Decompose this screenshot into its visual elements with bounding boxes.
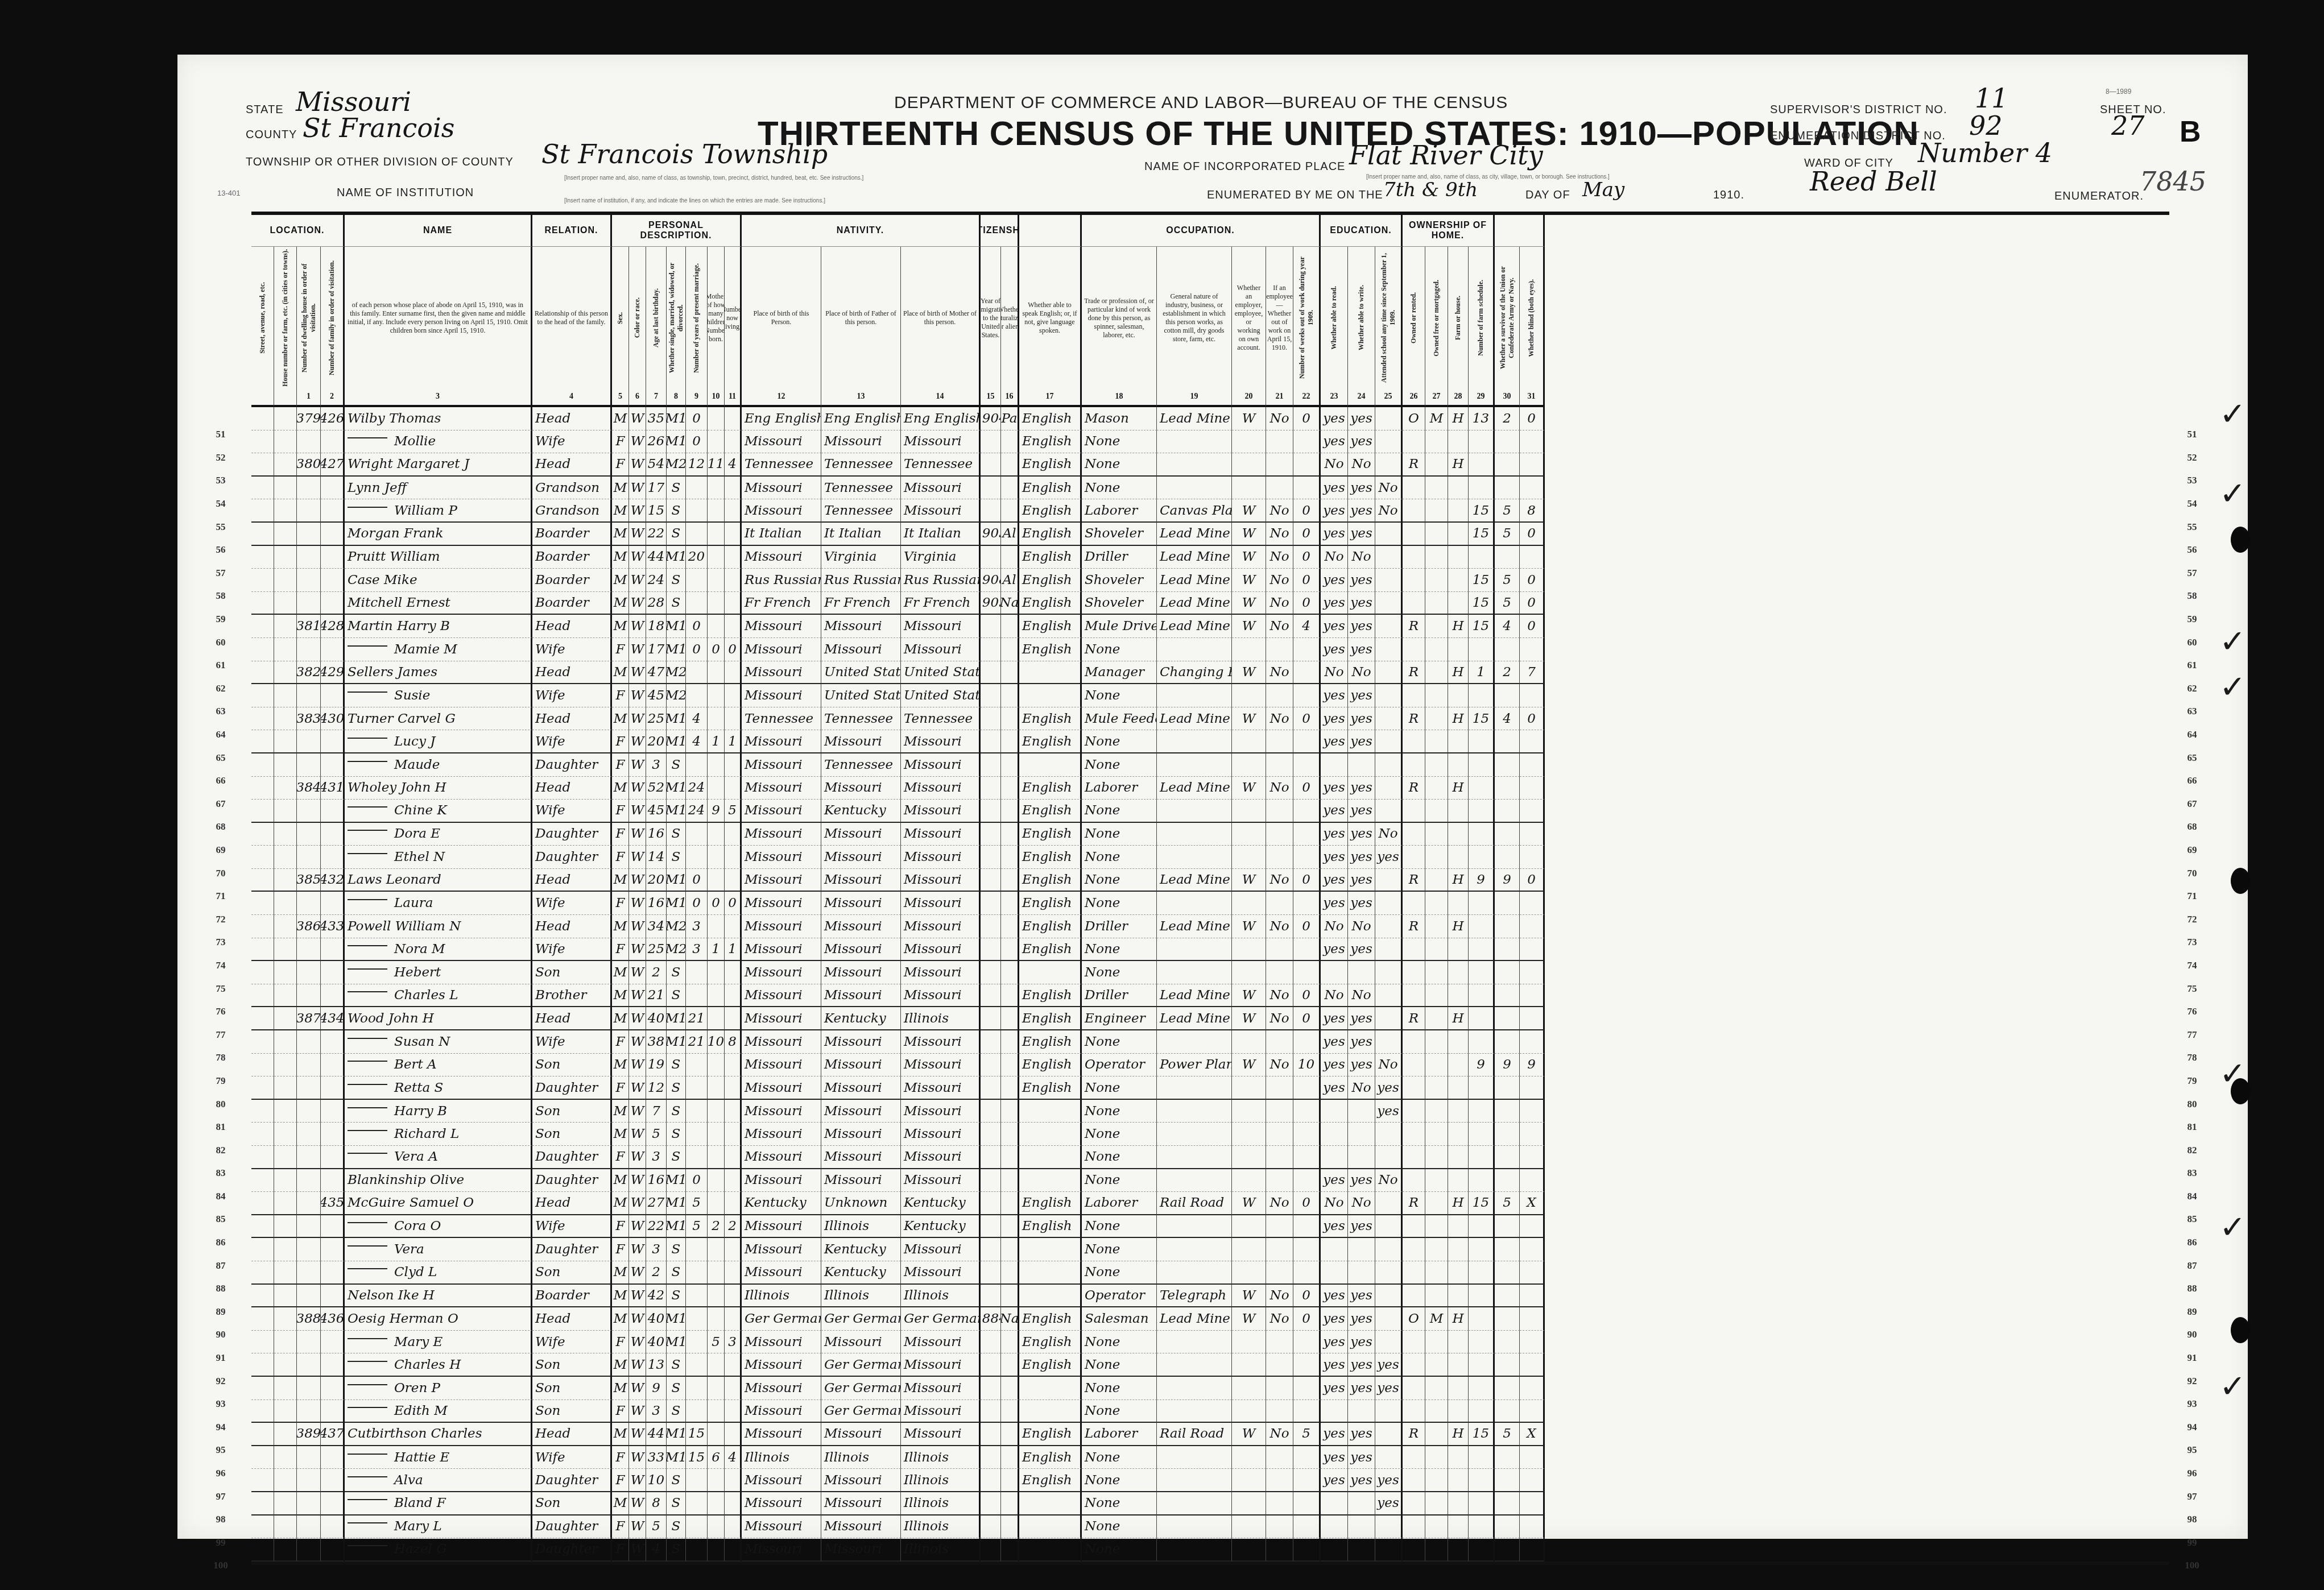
table-row[interactable]: Bert ASonMW19SMissouriMissouriMissouriEn… [251, 1054, 2169, 1077]
table-row[interactable]: LauraWifeFW16M1000MissouriMissouriMissou… [251, 892, 2169, 915]
cell-read [1321, 1400, 1348, 1423]
cell-emp [1232, 1377, 1266, 1400]
cell-value: No [1379, 503, 1398, 518]
line-number: 95 [204, 1439, 238, 1462]
cell-occ: Operator [1082, 1285, 1157, 1308]
cell-value: W [631, 1403, 644, 1418]
cell-c31 [1520, 915, 1545, 938]
cell-fam [321, 684, 345, 707]
table-row[interactable]: VeraDaughterFW3SMissouriKentuckyMissouri… [251, 1238, 2169, 1261]
cell-read: yes [1321, 1076, 1348, 1100]
cell-value: English [1022, 1357, 1072, 1372]
cell-read: yes [1321, 800, 1348, 823]
cell-occ: None [1082, 684, 1157, 707]
cell-wks [1293, 1331, 1321, 1354]
cell-ind [1157, 1331, 1232, 1354]
cell-value: 2 [1503, 665, 1511, 680]
table-row[interactable]: Charles HSonMW13SMissouriGer GermanMisso… [251, 1353, 2169, 1377]
table-row[interactable]: Edith MSonFW3SMissouriGer GermanMissouri… [251, 1400, 2169, 1423]
column-number: 1 [297, 389, 321, 407]
cell-eng: English [1019, 892, 1082, 915]
cell-value: Missouri [904, 988, 962, 1003]
cell-value: Missouri [745, 688, 803, 703]
cell-c30 [1495, 430, 1520, 454]
cell-born [708, 1169, 725, 1193]
cell-emp [1232, 1169, 1266, 1193]
cell-c31 [1520, 453, 1545, 477]
cell-ind: Lead Mine [1157, 915, 1232, 938]
cell-yrs: 20 [686, 546, 708, 569]
cell-value: Missouri [745, 481, 803, 495]
cell-nat [1001, 1261, 1019, 1285]
table-row[interactable]: AlvaDaughterFW10SMissouriMissouriIllinoi… [251, 1469, 2169, 1492]
cell-value: Illinois [904, 1011, 949, 1026]
column-header-text: Whether able to read. [1330, 286, 1338, 350]
cell-value: yes [1350, 1034, 1372, 1049]
line-number: 92 [204, 1369, 238, 1393]
cell-value: F [616, 1450, 625, 1465]
cell-value: English [1022, 780, 1072, 795]
cell-mort [1425, 1100, 1448, 1123]
cell-value: M [614, 919, 627, 934]
cell-sex: M [612, 1192, 629, 1215]
cell-ms: M1 [667, 1030, 686, 1054]
cell-value: 40 [648, 1011, 664, 1026]
cell-born [708, 707, 725, 731]
column-header-text: Trade or profession of, or particular ki… [1084, 297, 1154, 339]
cell-blank [274, 1285, 297, 1308]
table-row[interactable]: Richard LSonMW5SMissouriMissouriMissouri… [251, 1123, 2169, 1146]
cell-value: 0 [712, 896, 720, 910]
cell-own [1403, 1400, 1425, 1423]
cell-value: No [1352, 549, 1371, 564]
cell-sch: No [1375, 1054, 1403, 1077]
cell-value: Illinois [824, 1450, 869, 1465]
column-group-label: PERSONAL DESCRIPTION. [612, 215, 742, 247]
cell-sch [1375, 938, 1403, 962]
cell-pob: Missouri [742, 499, 821, 523]
cell-farm [1469, 638, 1495, 661]
cell-value: S [672, 1149, 681, 1164]
cell-ind [1157, 1377, 1232, 1400]
cell-emp [1232, 453, 1266, 477]
cell-born [708, 407, 725, 430]
cell-emp: W [1232, 569, 1266, 592]
cell-fh [1448, 1516, 1469, 1539]
cell-rel: Head [532, 777, 612, 800]
line-number: 89 [204, 1301, 238, 1324]
cell-wks [1293, 1123, 1321, 1146]
cell-value: 13 [648, 1357, 664, 1372]
cell-value: 385 [297, 872, 321, 887]
cell-blank [274, 1377, 297, 1400]
table-row[interactable]: 381428Martin Harry BHeadMW18M10MissouriM… [251, 615, 2169, 638]
cell-write: yes [1348, 615, 1375, 638]
cell-c30: 2 [1495, 661, 1520, 685]
cell-value: 40 [648, 1311, 664, 1326]
cell-yrs [686, 1285, 708, 1308]
cell-value: Fr French [745, 595, 811, 610]
cell-value: Daughter [535, 1542, 598, 1556]
table-row[interactable]: Retta SDaughterFW12SMissouriMissouriMiss… [251, 1076, 2169, 1100]
cell-mort [1425, 1123, 1448, 1146]
cell-ind [1157, 1215, 1232, 1239]
cell-ms: M1 [667, 638, 686, 661]
cell-living: 8 [725, 1030, 742, 1054]
table-row[interactable]: Mary LDaughterFW5SMissouriMissouriIllino… [251, 1516, 2169, 1539]
cell-sch [1375, 1030, 1403, 1054]
table-row[interactable]: Chine KWifeFW45M12495MissouriKentuckyMis… [251, 800, 2169, 823]
cell-farm: 13 [1469, 407, 1495, 430]
cell-value: yes [1350, 1219, 1372, 1233]
cell-name: Charles L [345, 984, 532, 1008]
table-row[interactable]: Nora MWifeFW25M2311MissouriMissouriMisso… [251, 938, 2169, 962]
table-row[interactable]: 386433Powell William NHeadMW34M23Missour… [251, 915, 2169, 938]
cell-age: 16 [646, 1169, 667, 1193]
cell-ind [1157, 938, 1232, 962]
cell-fpob: Illinois [821, 1446, 901, 1469]
table-row[interactable]: 384431Wholey John HHeadMW52M124MissouriM… [251, 777, 2169, 800]
cell-blank [251, 1100, 274, 1123]
line-number: 65 [2175, 746, 2209, 769]
cell-wks [1293, 1400, 1321, 1423]
cell-value: 0 [712, 642, 720, 657]
cell-value: M [1430, 1311, 1444, 1326]
cell-blank [251, 523, 274, 546]
cell-own: R [1403, 661, 1425, 685]
cell-race: W [629, 592, 646, 615]
cell-value: Missouri [745, 826, 803, 841]
table-row[interactable]: Pruitt WilliamBoarderMW44M120MissouriVir… [251, 546, 2169, 569]
cell-ms: S [667, 1076, 686, 1100]
cell-imm [981, 1423, 1001, 1446]
cell-value: 0 [1302, 503, 1310, 518]
cell-rel: Head [532, 1423, 612, 1446]
table-row[interactable]: 382429Sellers JamesHeadMW47M2MissouriUni… [251, 661, 2169, 685]
cell-value: Ger German [824, 1381, 901, 1396]
cell-c31 [1520, 638, 1545, 661]
cell-ind [1157, 1123, 1232, 1146]
cell-farm [1469, 777, 1495, 800]
cell-value: 5 [1503, 503, 1511, 518]
table-row[interactable]: Oren PSonMW9SMissouriGer GermanMissouriN… [251, 1377, 2169, 1400]
cell-born: 1 [708, 730, 725, 753]
cell-ms: M1 [667, 730, 686, 753]
cell-age: 40 [646, 1331, 667, 1354]
cell-read: yes [1321, 684, 1348, 707]
cell-value: 3 [692, 919, 701, 934]
cell-fpob: Missouri [821, 915, 901, 938]
ditto-mark [348, 507, 387, 508]
table-row[interactable]: 383430Turner Carvel GHeadMW25M14Tennesse… [251, 707, 2169, 731]
cell-imm [981, 1076, 1001, 1100]
cell-value: S [672, 1288, 681, 1303]
table-row[interactable]: 380427Wright Margaret JHeadFW54M212114Te… [251, 453, 2169, 477]
column-header: Whether single, married, widowed, or div… [667, 247, 686, 389]
line-number: 68 [204, 815, 238, 839]
table-row[interactable]: MaudeDaughterFW3SMissouriTennesseeMissou… [251, 753, 2169, 777]
cell-value: 4 [728, 457, 737, 471]
cell-value: Boarder [535, 526, 589, 541]
cell-value: Missouri [904, 1265, 962, 1280]
cell-race: W [629, 1400, 646, 1423]
cell-imm [981, 1516, 1001, 1539]
table-row[interactable]: 435McGuire Samuel OHeadMW27M15KentuckyUn… [251, 1192, 2169, 1215]
cell-value: Pa [1001, 411, 1017, 426]
cell-fam [321, 846, 345, 869]
table-row[interactable]: Hazel GDaughterFW4SMissouriMissouriIllin… [251, 1538, 2169, 1562]
table-row[interactable]: 379426Wilby ThomasHeadMW35M10Eng English… [251, 407, 2169, 430]
cell-oow: No [1266, 707, 1293, 731]
cell-value: 35 [648, 411, 664, 426]
cell-value: W [631, 1311, 644, 1326]
cell-race: W [629, 984, 646, 1008]
cell-oow [1266, 823, 1293, 846]
table-row[interactable]: HebertSonMW2SMissouriMissouriMissouriNon… [251, 961, 2169, 984]
cell-yrs: 5 [686, 1192, 708, 1215]
cell-wks [1293, 1030, 1321, 1054]
table-row[interactable]: MollieWifeFW26M10MissouriMissouriMissour… [251, 430, 2169, 454]
column-header-text: Number of family in order of visitation. [328, 260, 336, 375]
cell-mpob: Missouri [901, 1353, 981, 1377]
table-row[interactable]: Case MikeBoarderMW24SRus RussianRus Russ… [251, 569, 2169, 592]
cell-living [725, 984, 742, 1008]
cell-value: Head [535, 711, 570, 726]
cell-value: Missouri [904, 1104, 962, 1119]
cell-value: 0 [728, 642, 737, 657]
cell-rel: Head [532, 407, 612, 430]
cell-pob: Missouri [742, 1469, 821, 1492]
cell-wks: 4 [1293, 615, 1321, 638]
cell-value: S [672, 757, 681, 772]
cell-value: 15 [1473, 503, 1489, 518]
cell-nat [1001, 846, 1019, 869]
cell-fpob: Virginia [821, 546, 901, 569]
cell-c31 [1520, 1400, 1545, 1423]
cell-sex: F [612, 1076, 629, 1100]
cell-value: 21 [688, 1011, 705, 1026]
cell-wks [1293, 430, 1321, 454]
cell-pob: Missouri [742, 1146, 821, 1169]
cell-value: 9 [1527, 1057, 1536, 1072]
cell-living: 4 [725, 453, 742, 477]
table-row[interactable]: Lucy JWifeFW20M1411MissouriMissouriMisso… [251, 730, 2169, 753]
cell-dw [297, 1100, 321, 1123]
cell-name: Vera A [345, 1146, 532, 1169]
cell-sch [1375, 1123, 1403, 1146]
cell-mort [1425, 846, 1448, 869]
cell-c30 [1495, 1331, 1520, 1354]
cell-nat: Na [1001, 1307, 1019, 1331]
cell-ms: S [667, 1469, 686, 1492]
cell-race: W [629, 499, 646, 523]
cell-mpob: Missouri [901, 730, 981, 753]
cell-dw [297, 1123, 321, 1146]
cell-mort [1425, 592, 1448, 615]
cell-emp [1232, 1215, 1266, 1239]
cell-age: 22 [646, 523, 667, 546]
table-row[interactable]: Morgan FrankBoarderMW22SIt ItalianIt Ita… [251, 523, 2169, 546]
column-header: Whether a survivor of the Union or Confe… [1495, 247, 1520, 389]
table-row[interactable]: Clyd LSonMW2SMissouriKentuckyMissouriNon… [251, 1261, 2169, 1285]
table-row[interactable]: Mary EWifeFW40M153MissouriMissouriMissou… [251, 1331, 2169, 1354]
cell-value: Wife [535, 803, 565, 818]
table-row[interactable]: Vera ADaughterFW3SMissouriMissouriMissou… [251, 1146, 2169, 1169]
cell-fam [321, 1285, 345, 1308]
cell-rel: Son [532, 1261, 612, 1285]
cell-c30: 5 [1495, 523, 1520, 546]
table-row[interactable]: Mitchell ErnestBoarderMW28SFr FrenchFr F… [251, 592, 2169, 615]
cell-value: M [614, 1381, 627, 1396]
table-row[interactable]: 385432Laws LeonardHeadMW20M10MissouriMis… [251, 869, 2169, 892]
table-row[interactable]: Hattie EWifeFW33M11564IllinoisIllinoisIl… [251, 1446, 2169, 1469]
cell-value: 0 [1527, 526, 1536, 541]
line-number: 72 [204, 908, 238, 931]
cell-value: English [1022, 1195, 1072, 1210]
table-row[interactable]: Lynn JeffGrandsonMW17SMissouriTennesseeM… [251, 477, 2169, 500]
cell-wks [1293, 1215, 1321, 1239]
cell-value: Missouri [824, 1335, 882, 1349]
cell-blank [274, 1238, 297, 1261]
cell-read [1321, 1516, 1348, 1539]
table-row[interactable]: Mamie MWifeFW17M1000MissouriMissouriMiss… [251, 638, 2169, 661]
cell-value: 15 [1473, 573, 1489, 587]
cell-occ: None [1082, 938, 1157, 962]
cell-value: W [631, 1381, 644, 1396]
cell-read: yes [1321, 638, 1348, 661]
column-header-text: Whether able to write. [1357, 285, 1366, 350]
cell-nat [1001, 1285, 1019, 1308]
cell-value: 0 [692, 1173, 701, 1187]
table-row[interactable]: Bland FSonMW8SMissouriMissouriIllinoisNo… [251, 1492, 2169, 1516]
incorporated-place-value: Flat River City [1349, 140, 1543, 171]
cell-value: Missouri [904, 481, 962, 495]
table-row[interactable]: Cora OWifeFW22M1522MissouriIllinoisKentu… [251, 1215, 2169, 1239]
cell-fpob: Missouri [821, 1516, 901, 1539]
cell-sch: yes [1375, 1377, 1403, 1400]
cell-c31 [1520, 846, 1545, 869]
line-number: 83 [204, 1162, 238, 1185]
table-row[interactable]: Harry BSonMW7SMissouriMissouriMissouriNo… [251, 1100, 2169, 1123]
cell-value: Al [1003, 573, 1016, 587]
cell-value: 3 [652, 757, 660, 772]
cell-sex: M [612, 984, 629, 1008]
line-number: 59 [204, 608, 238, 631]
cell-fh [1448, 823, 1469, 846]
cell-c30 [1495, 1469, 1520, 1492]
cell-value: 22 [648, 1219, 664, 1233]
cell-value: Missouri [904, 919, 962, 934]
cell-mort [1425, 684, 1448, 707]
cell-yrs: 0 [686, 892, 708, 915]
cell-value: Driller [1085, 549, 1128, 564]
cell-eng [1019, 961, 1082, 984]
cell-value: Son [535, 1265, 560, 1280]
cell-imm [981, 1492, 1001, 1516]
cell-yrs: 4 [686, 707, 708, 731]
cell-read [1321, 961, 1348, 984]
cell-own [1403, 984, 1425, 1008]
cell-read: yes [1321, 1353, 1348, 1377]
cell-emp [1232, 846, 1266, 869]
cell-age: 28 [646, 592, 667, 615]
cell-value: 44 [648, 1426, 664, 1441]
cell-name: Oesig Herman O [345, 1307, 532, 1331]
cell-dw [297, 499, 321, 523]
cell-pob: Missouri [742, 1423, 821, 1446]
cell-write: yes [1348, 1215, 1375, 1239]
cell-value: English [1022, 503, 1072, 518]
cell-value: Rus Russian [745, 573, 821, 587]
table-row[interactable]: Nelson Ike HBoarderMW42SIllinoisIllinois… [251, 1285, 2169, 1308]
cell-fam [321, 1030, 345, 1054]
cell-born [708, 1100, 725, 1123]
table-row[interactable]: Dora EDaughterFW16SMissouriMissouriMisso… [251, 823, 2169, 846]
cell-oow [1266, 1331, 1293, 1354]
cell-own: O [1403, 407, 1425, 430]
cell-imm [981, 546, 1001, 569]
cell-age: 40 [646, 1007, 667, 1030]
column-header-text: Age at last birthday. [652, 288, 660, 347]
cell-value: W [631, 642, 644, 657]
cell-value: W [631, 988, 644, 1003]
cell-value: None [1085, 1127, 1120, 1141]
table-row[interactable]: Charles LBrotherMW21SMissouriMissouriMis… [251, 984, 2169, 1008]
table-row[interactable]: 389437Cutbirthson CharlesHeadMW44M115Mis… [251, 1423, 2169, 1446]
cell-emp [1232, 1030, 1266, 1054]
column-group-label: NAME [345, 215, 532, 247]
line-number: 63 [2175, 700, 2209, 723]
cell-nat [1001, 1516, 1019, 1539]
cell-rel: Wife [532, 730, 612, 753]
cell-eng: English [1019, 1076, 1082, 1100]
cell-born [708, 1377, 725, 1400]
cell-c31: 0 [1520, 615, 1545, 638]
cell-blank [251, 892, 274, 915]
cell-yrs [686, 477, 708, 500]
cell-dw: 387 [297, 1007, 321, 1030]
cell-living: 4 [725, 1446, 742, 1469]
cell-own [1403, 1238, 1425, 1261]
table-row[interactable]: Ethel NDaughterFW14SMissouriMissouriMiss… [251, 846, 2169, 869]
cell-race: W [629, 1238, 646, 1261]
cell-fh [1448, 1169, 1469, 1193]
table-row[interactable]: 388436Oesig Herman OHeadMW40M1Ger German… [251, 1307, 2169, 1331]
table-row[interactable]: 387434Wood John HHeadMW40M121MissouriKen… [251, 1007, 2169, 1030]
cell-value: Wright Margaret J [348, 457, 469, 471]
cell-occ: Laborer [1082, 777, 1157, 800]
table-row[interactable]: Susan NWifeFW38M121108MissouriMissouriMi… [251, 1030, 2169, 1054]
cell-mpob: Tennessee [901, 453, 981, 477]
cell-value: R [1409, 711, 1419, 726]
column-header: Owned free or mortgaged. [1425, 247, 1448, 389]
cell-value: W [631, 503, 644, 518]
cell-value: W [631, 1011, 644, 1026]
cell-value: Turner Carvel G [348, 711, 456, 726]
enumerated-month: May [1582, 179, 1624, 201]
cell-ind: Telegraph [1157, 1285, 1232, 1308]
day-of-label: DAY OF [1525, 189, 1570, 202]
line-number: 73 [2175, 931, 2209, 954]
cell-race: W [629, 707, 646, 731]
cell-living [725, 1400, 742, 1423]
table-row[interactable]: Blankinship OliveDaughterMW16M10Missouri… [251, 1169, 2169, 1193]
ditto-mark [348, 1454, 387, 1455]
cell-age: 5 [646, 1123, 667, 1146]
column-header-text: Number of years of present marriage. [692, 263, 701, 373]
table-row[interactable]: SusieWifeFW45M2MissouriUnited StatesUnit… [251, 684, 2169, 707]
table-row[interactable]: William PGrandsonMW15SMissouriTennesseeM… [251, 499, 2169, 523]
